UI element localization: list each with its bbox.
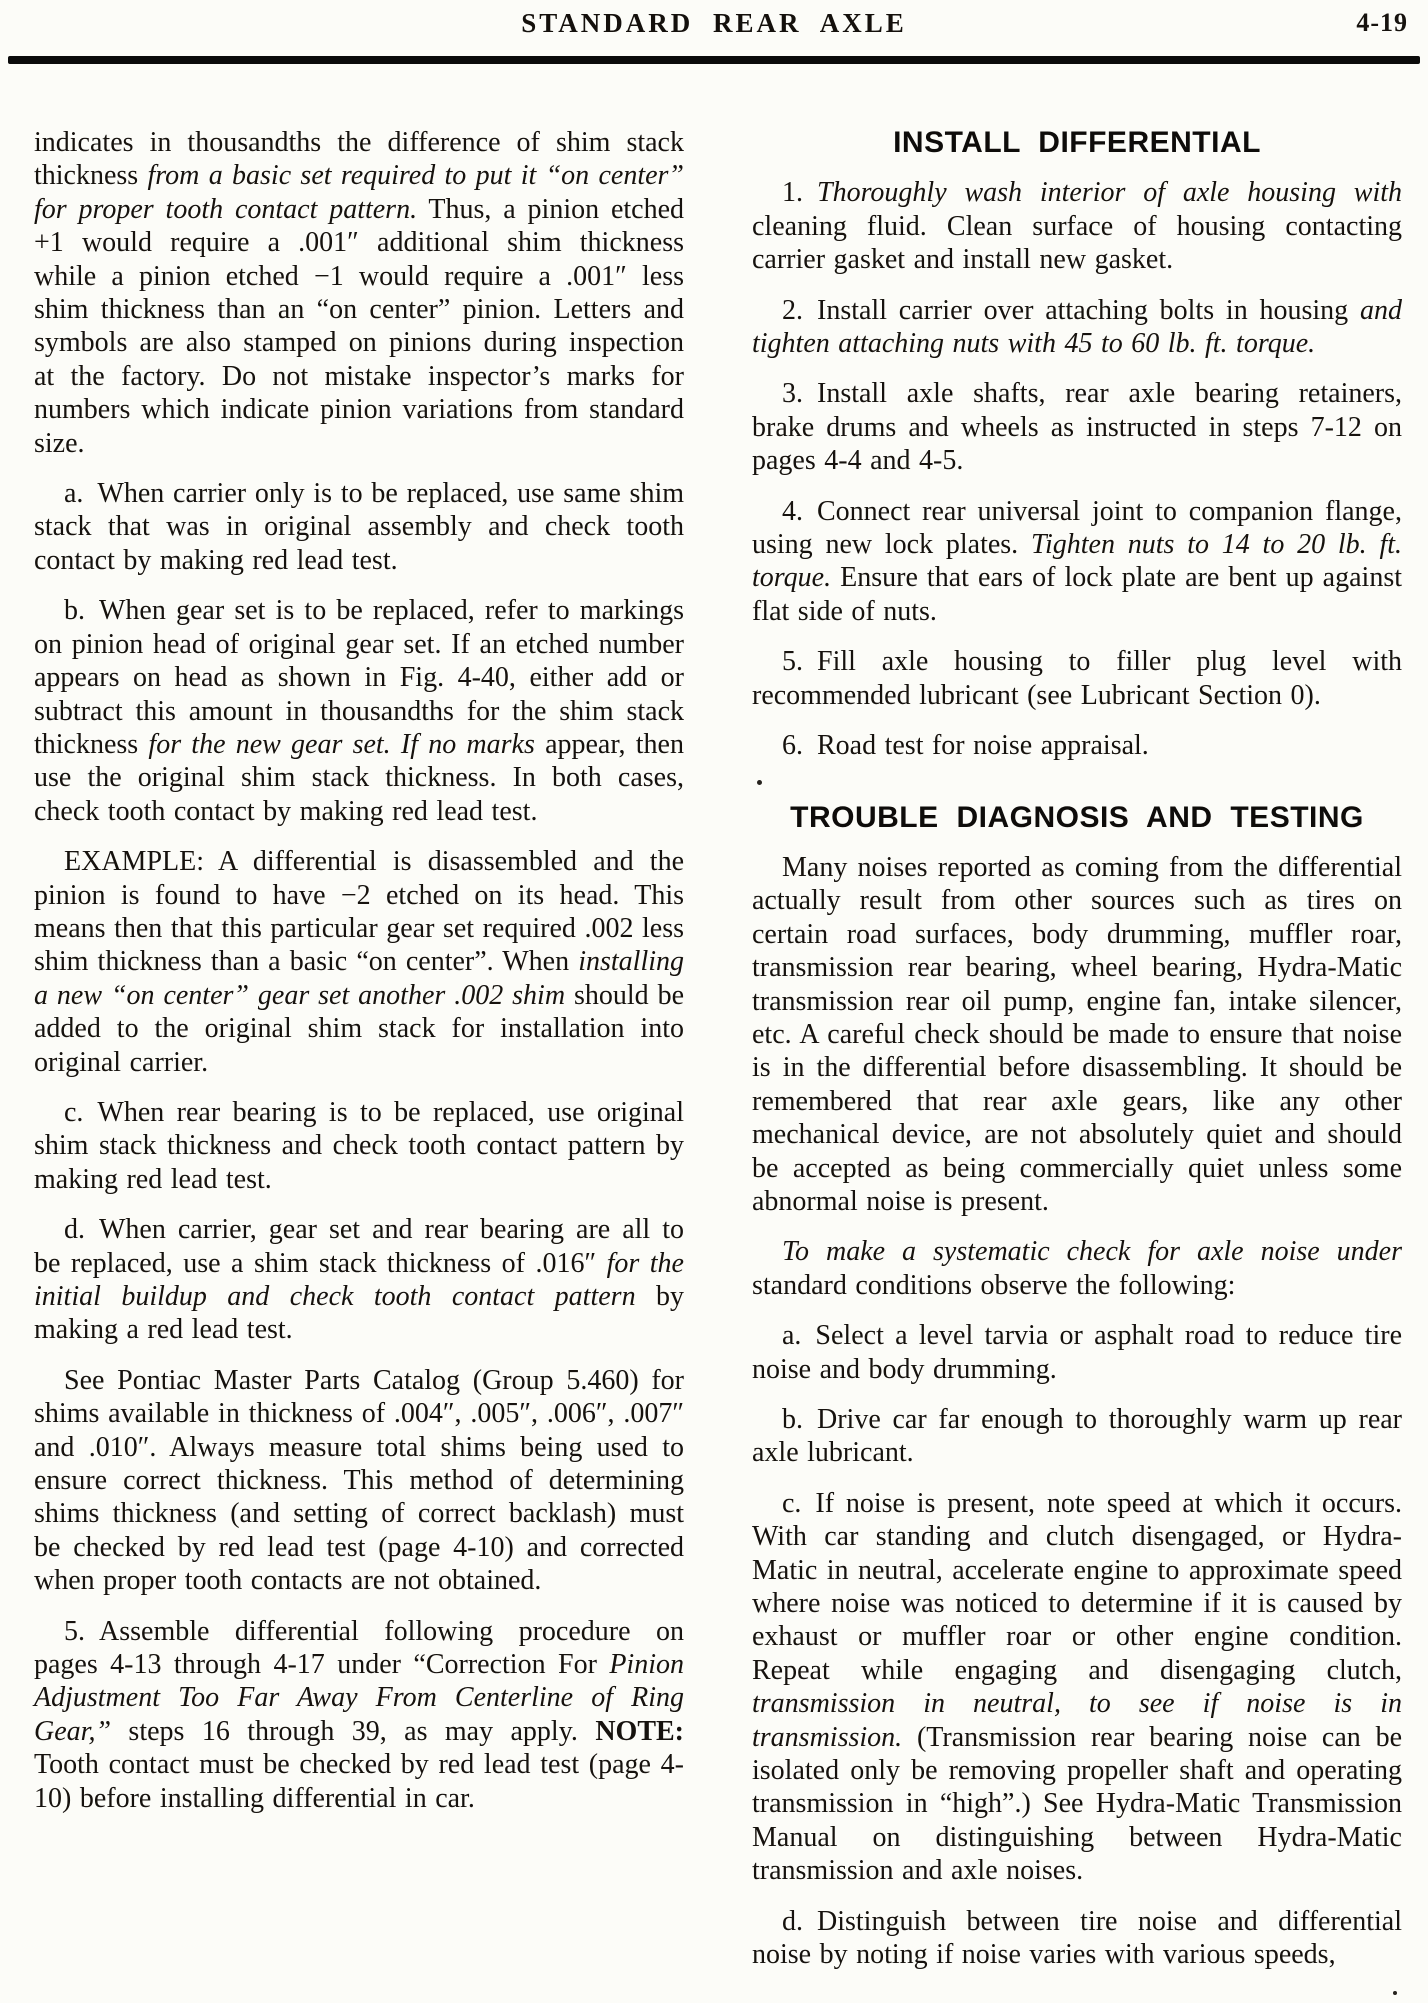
text-run: Ensure that ears of lock plate are bent … (752, 562, 1402, 626)
text-run: NOTE: (595, 1716, 684, 1747)
text-run: c. If noise is present, note speed at wh… (752, 1488, 1402, 1686)
trouble-item-d: d. Distinguish between tire noise and di… (752, 1905, 1402, 1972)
paragraph-parts-catalog: See Pontiac Master Parts Catalog (Group … (34, 1364, 684, 1598)
text-run: a. Select a level tarvia or asphalt road… (752, 1320, 1402, 1384)
text-run: b. Drive car far enough to thoroughly wa… (752, 1404, 1402, 1468)
paragraph-item-c: c. When rear bearing is to be replaced, … (34, 1096, 684, 1196)
trouble-item-b: b. Drive car far enough to thoroughly wa… (752, 1403, 1402, 1470)
text-run: Many noises reported as coming from the … (752, 852, 1402, 1217)
left-column: indicates in thousandths the difference … (34, 126, 684, 1815)
trouble-paragraph-noises: Many noises reported as coming from the … (752, 851, 1402, 1218)
install-step-6: 6. Road test for noise appraisal. (752, 729, 1402, 762)
page-header: STANDARD REAR AXLE 4-19 (0, 0, 1428, 50)
scan-speck (757, 780, 762, 785)
header-rule (8, 56, 1420, 64)
text-run: 6. Road test for noise appraisal. (782, 730, 1149, 761)
trouble-item-a: a. Select a level tarvia or asphalt road… (752, 1319, 1402, 1386)
trouble-item-c: c. If noise is present, note speed at wh… (752, 1487, 1402, 1888)
text-run: a. When carrier only is to be replaced, … (34, 478, 684, 576)
text-run: Tooth contact must be checked by red lea… (34, 1749, 684, 1813)
text-run: for the new gear set. If no marks (148, 729, 534, 760)
text-run: 5. Assemble differential following proce… (34, 1616, 684, 1680)
text-run: c. When rear bearing is to be replaced, … (34, 1097, 684, 1195)
install-step-1: 1. Thoroughly wash interior of axle hous… (752, 176, 1402, 276)
text-run: 5. Fill axle housing to filler plug leve… (752, 646, 1402, 710)
text-run: cleaning fluid. Clean surface of housing… (752, 211, 1402, 275)
text-run: Thoroughly wash interior of axle housing… (817, 177, 1402, 208)
install-step-5: 5. Fill axle housing to filler plug leve… (752, 645, 1402, 712)
text-run: d. When carrier, gear set and rear beari… (34, 1214, 684, 1278)
text-run: d. Distinguish between tire noise and di… (752, 1906, 1402, 1970)
paragraph-continuation: indicates in thousandths the difference … (34, 126, 684, 460)
paragraph-item-d: d. When carrier, gear set and rear beari… (34, 1213, 684, 1347)
trouble-paragraph-systematic-check: To make a systematic check for axle nois… (752, 1235, 1402, 1302)
text-run: Thus, a pinion etched +1 would require a… (34, 194, 684, 459)
paragraph-example: EXAMPLE: A differential is disassembled … (34, 845, 684, 1079)
right-column: INSTALL DIFFERENTIAL 1. Thoroughly wash … (752, 126, 1402, 1972)
text-run: 2. Install carrier over attaching bolts … (782, 295, 1360, 326)
text-run: See Pontiac Master Parts Catalog (Group … (34, 1365, 684, 1596)
page-number: 4-19 (1356, 8, 1408, 38)
install-step-3: 3. Install axle shafts, rear axle bearin… (752, 377, 1402, 477)
paragraph-step-5-assemble: 5. Assemble differential following proce… (34, 1615, 684, 1815)
section-heading-trouble-diagnosis: TROUBLE DIAGNOSIS AND TESTING (752, 801, 1402, 834)
text-run: 3. Install axle shafts, rear axle bearin… (752, 378, 1402, 476)
scan-speck (1393, 1991, 1397, 1995)
text-run: steps 16 through 39, as may apply. (111, 1716, 595, 1747)
manual-page: STANDARD REAR AXLE 4-19 indicates in tho… (0, 0, 1428, 2003)
text-run: standard conditions observe the followin… (752, 1270, 1235, 1301)
section-heading-install-differential: INSTALL DIFFERENTIAL (752, 126, 1402, 159)
text-run: 1. (782, 177, 817, 208)
paragraph-item-a: a. When carrier only is to be replaced, … (34, 477, 684, 577)
paragraph-item-b: b. When gear set is to be replaced, refe… (34, 594, 684, 828)
install-step-2: 2. Install carrier over attaching bolts … (752, 294, 1402, 361)
running-head-title: STANDARD REAR AXLE (0, 8, 1428, 39)
text-run: To make a systematic check for axle nois… (782, 1236, 1402, 1267)
text-columns: indicates in thousandths the difference … (0, 64, 1428, 1972)
install-step-4: 4. Connect rear universal joint to compa… (752, 495, 1402, 629)
